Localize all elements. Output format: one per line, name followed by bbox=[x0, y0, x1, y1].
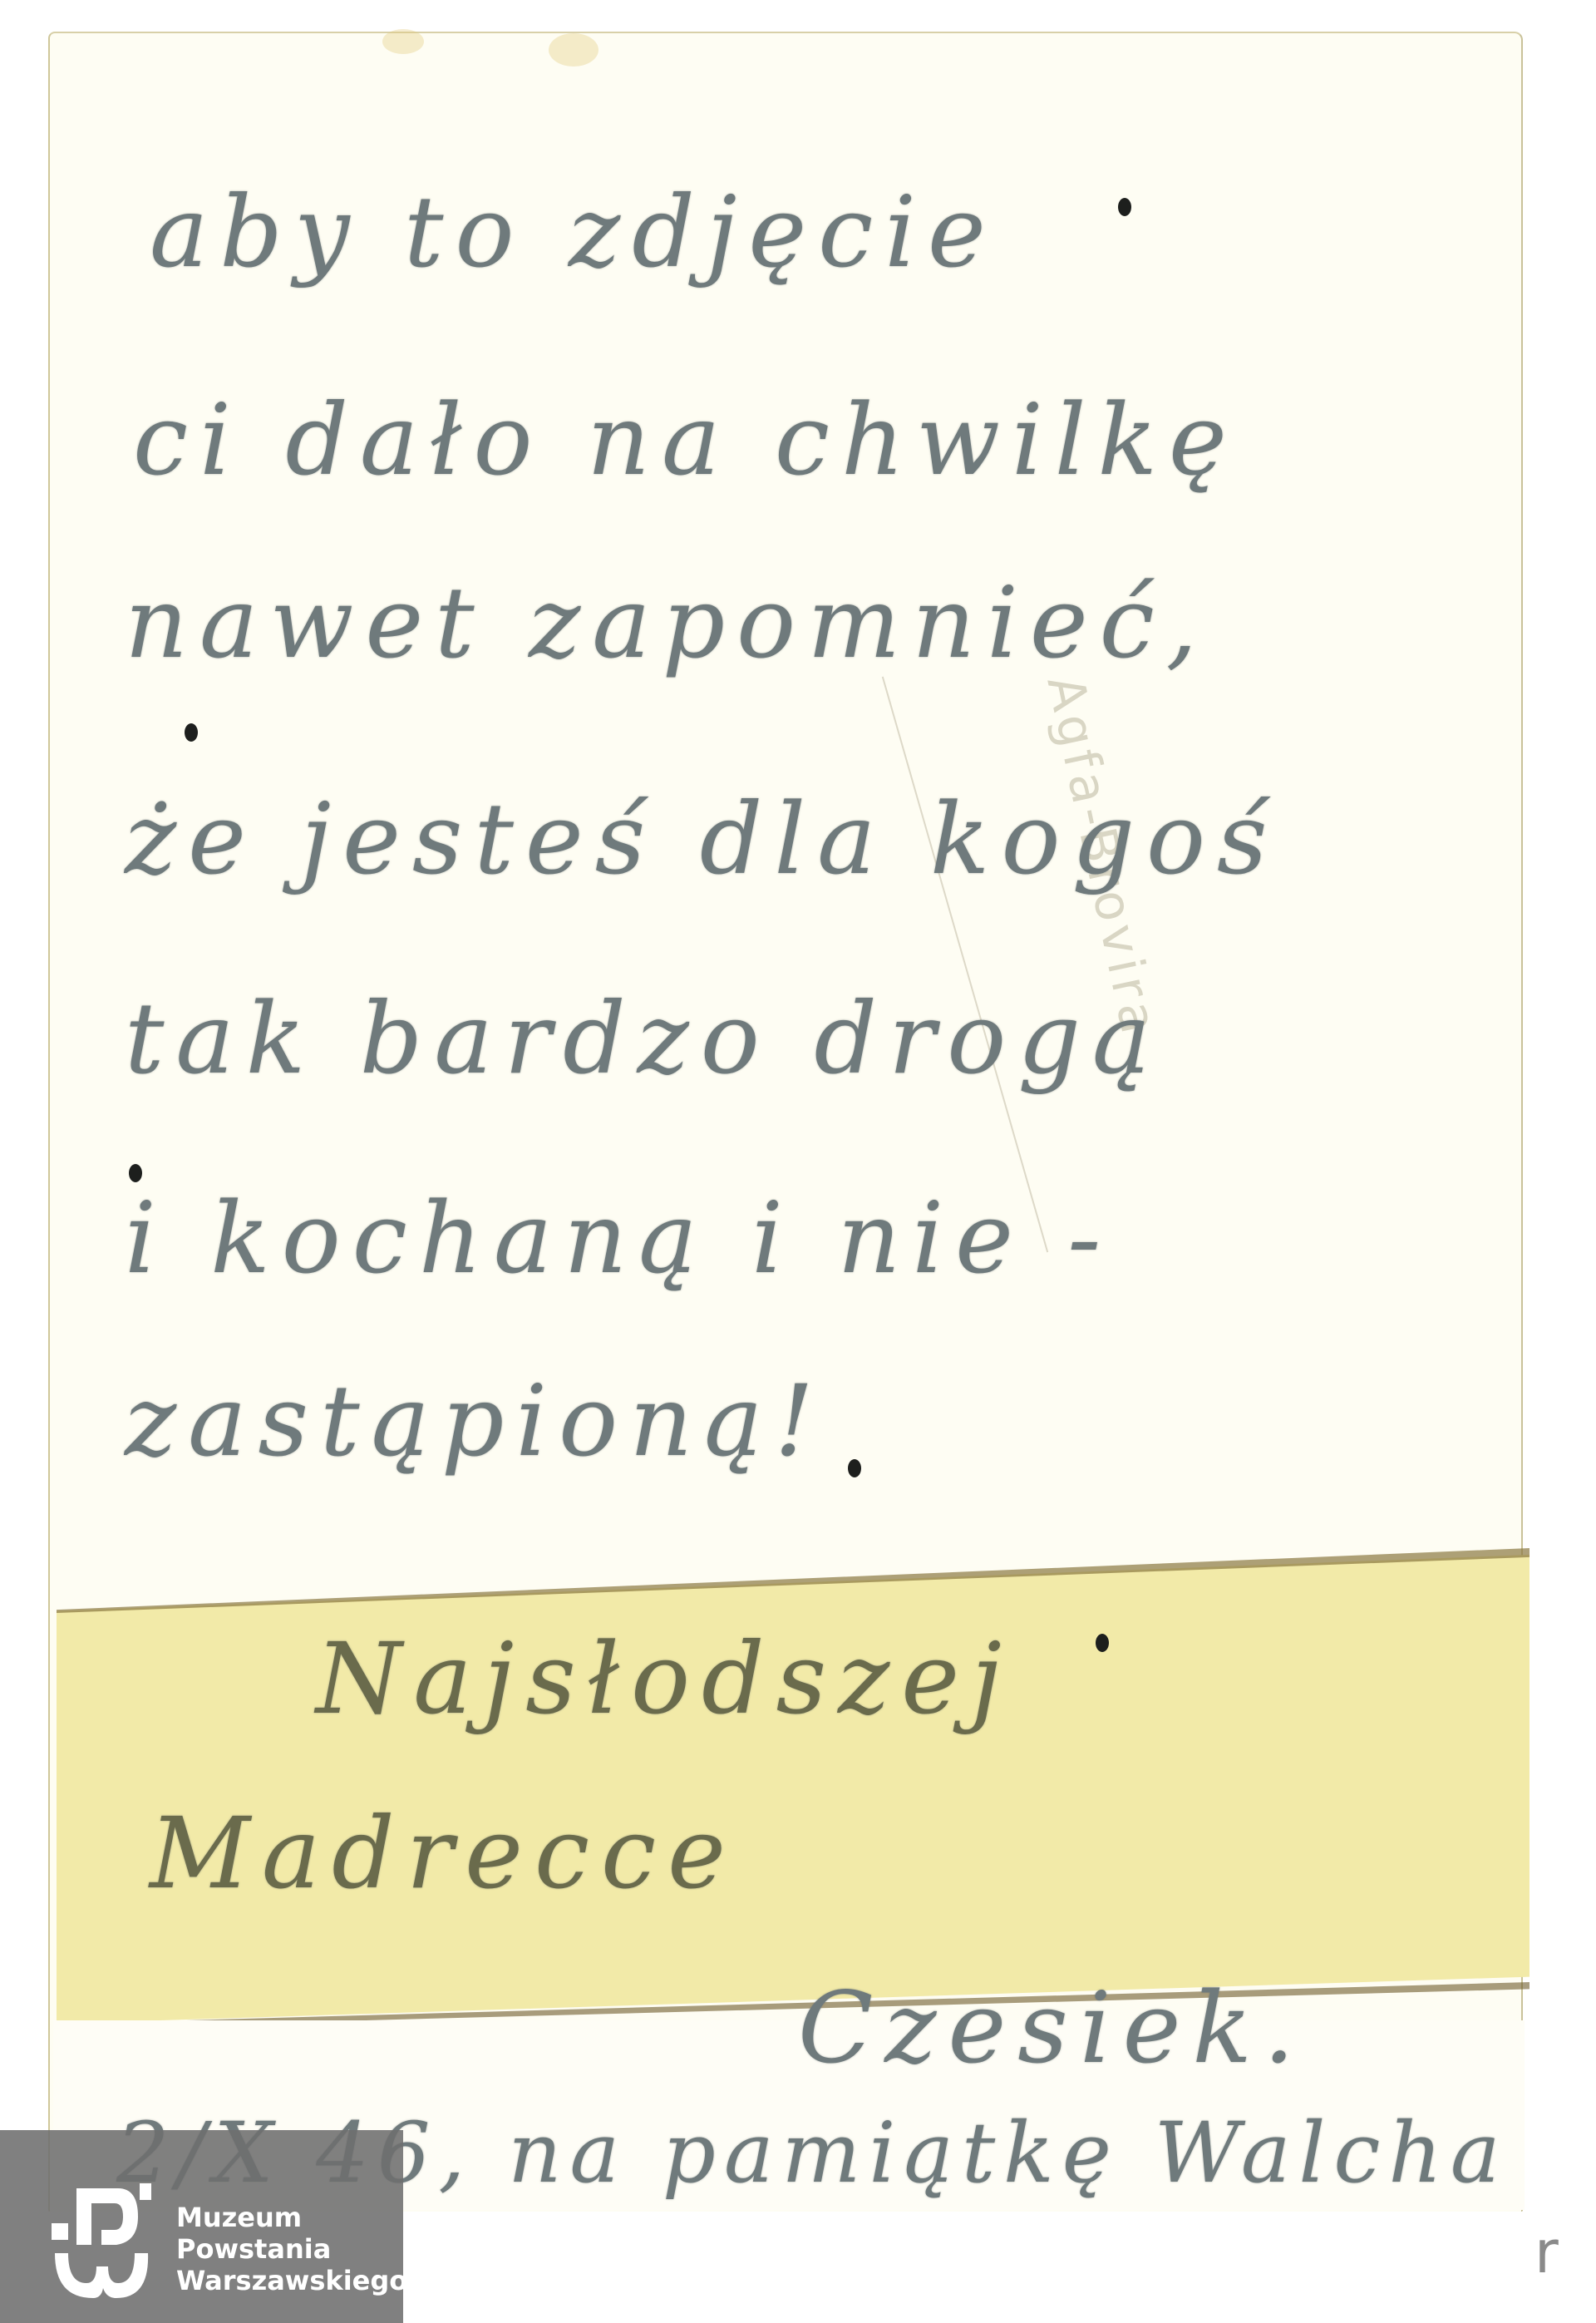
pencil-corner-mark: r bbox=[1534, 2218, 1559, 2286]
museum-name-line-3: Warszawskiego bbox=[176, 2265, 407, 2296]
museum-name-line-1: Muzeum bbox=[176, 2202, 407, 2233]
handwriting-line-2: ci dało na chwilkę bbox=[133, 391, 1239, 489]
handwriting-line-1: aby to zdjęcie bbox=[150, 183, 997, 281]
paper-stain bbox=[549, 33, 598, 67]
signature: Czesiek. bbox=[798, 1979, 1306, 2077]
handwriting-line-6: i kochaną i nie - bbox=[125, 1189, 1112, 1287]
paper-stain bbox=[382, 29, 424, 54]
ink-dot bbox=[1096, 1634, 1109, 1652]
handwriting-line-7: zastąpioną! bbox=[125, 1372, 825, 1470]
ink-dot bbox=[185, 723, 198, 742]
ink-dot bbox=[129, 1164, 142, 1182]
handwriting-line-3: nawet zapomnieć, bbox=[125, 574, 1209, 672]
museum-watermark: Muzeum Powstania Warszawskiego bbox=[0, 2130, 403, 2323]
handwriting-line-5: tak bardzo drogą bbox=[125, 989, 1162, 1088]
tape-line-1: Najsłodszej bbox=[316, 1630, 1013, 1728]
ink-dot bbox=[848, 1459, 861, 1477]
tape-line-2: Madrecce bbox=[150, 1804, 737, 1902]
museum-name-line-2: Powstania bbox=[176, 2233, 407, 2265]
museum-name: Muzeum Powstania Warszawskiego bbox=[176, 2202, 407, 2296]
kotwica-anchor-icon bbox=[52, 2183, 151, 2300]
ink-dot bbox=[1118, 198, 1131, 216]
handwriting-line-4: że jesteś dla kogoś bbox=[125, 790, 1279, 888]
